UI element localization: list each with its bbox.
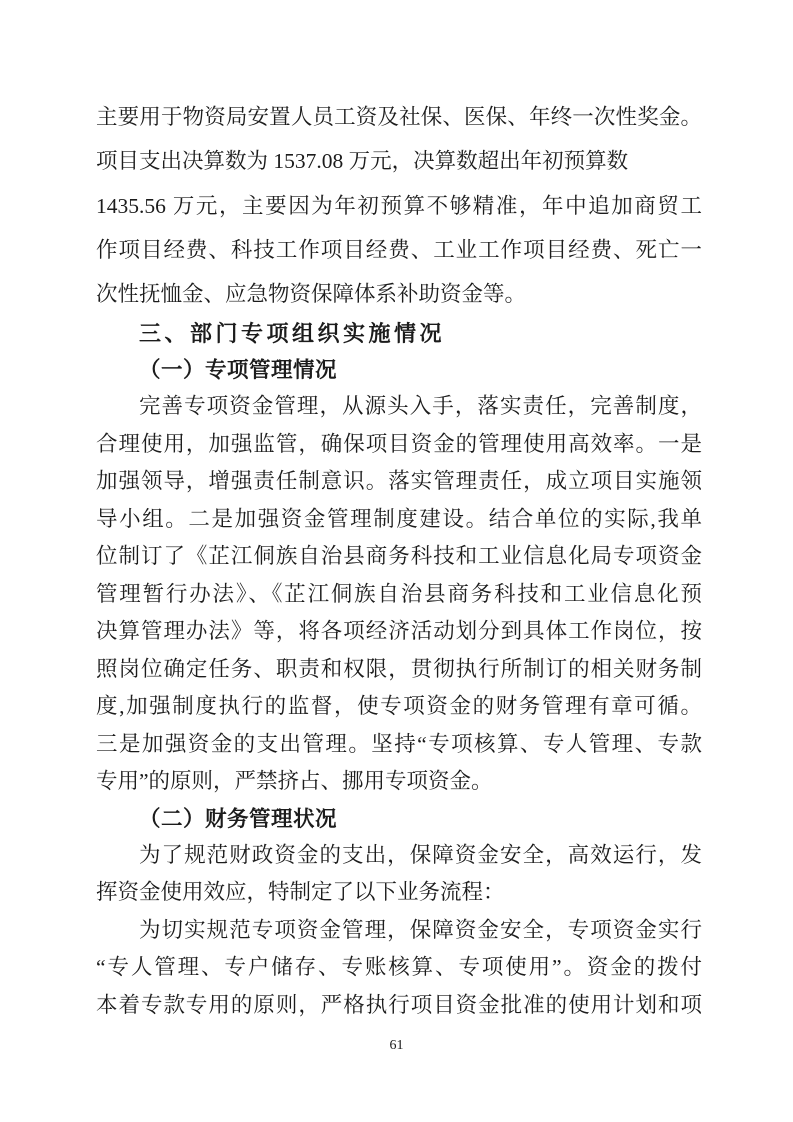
body-line: 项目支出决算数为 1537.08 万元，决算数超出年初预算数 — [96, 139, 702, 183]
body-line: 作项目经费、科技工作项目经费、工业工作项目经费、死亡一 — [96, 228, 702, 272]
body-line: 加强领导，增强责任制意识。落实管理责任，成立项目实施领 — [96, 463, 702, 501]
body-line: 次性抚恤金、应急物资保障体系补助资金等。 — [96, 272, 702, 316]
body-line: 1435.56 万元，主要因为年初预算不够精准，年中追加商贸工 — [96, 184, 702, 228]
body-line: 度,加强制度执行的监督，使专项资金的财务管理有章可循。 — [96, 688, 702, 726]
body-line: 主要用于物资局安置人员工资及社保、医保、年终一次性奖金。 — [96, 95, 702, 139]
heading-line: （二）财务管理状况 — [96, 801, 702, 837]
body-line: 决算管理办法》等，将各项经济活动划分到具体工作岗位，按 — [96, 613, 702, 651]
body-line: 三是加强资金的支出管理。坚持“专项核算、专人管理、专款 — [96, 726, 702, 764]
body-line: 本着专款专用的原则，严格执行项目资金批准的使用计划和项 — [96, 987, 702, 1025]
text-block: 主要用于物资局安置人员工资及社保、医保、年终一次性奖金。项目支出决算数为 153… — [96, 95, 702, 1024]
body-line: 合理使用，加强监管，确保项目资金的管理使用高效率。一是 — [96, 426, 702, 464]
body-line: 挥资金使用效应，特制定了以下业务流程： — [96, 874, 702, 912]
body-line: 管理暂行办法》、《芷江侗族自治县商务科技和工业信息化预 — [96, 576, 702, 614]
page-number: 61 — [0, 1038, 793, 1054]
body-line: 导小组。二是加强资金管理制度建设。结合单位的实际,我单 — [96, 501, 702, 539]
heading-line: 三、部门专项组织实施情况 — [96, 316, 702, 352]
body-line: 位制订了《芷江侗族自治县商务科技和工业信息化局专项资金 — [96, 538, 702, 576]
body-line: 为切实规范专项资金管理，保障资金安全，专项资金实行 — [96, 912, 702, 950]
body-line: “专人管理、专户储存、专账核算、专项使用”。资金的拨付 — [96, 949, 702, 987]
heading-line: （一）专项管理情况 — [96, 352, 702, 388]
body-line: 照岗位确定任务、职责和权限，贯彻执行所制订的相关财务制 — [96, 651, 702, 689]
document-page: 主要用于物资局安置人员工资及社保、医保、年终一次性奖金。项目支出决算数为 153… — [0, 0, 793, 1122]
body-line: 完善专项资金管理，从源头入手，落实责任，完善制度， — [96, 388, 702, 426]
body-line: 专用”的原则，严禁挤占、挪用专项资金。 — [96, 763, 702, 801]
body-line: 为了规范财政资金的支出，保障资金安全，高效运行，发 — [96, 837, 702, 875]
